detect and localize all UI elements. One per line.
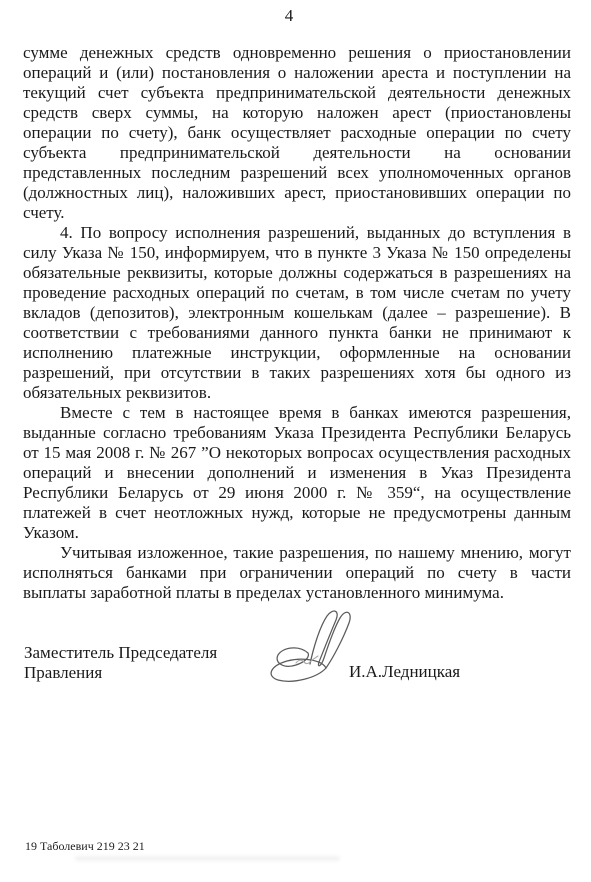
text-line: силу Указа № 150, информируем, что в пун…: [23, 243, 571, 263]
text-line: сумме денежных средств одновременно реше…: [23, 43, 571, 63]
text-line: платежей в счет неотложных нужд, которые…: [23, 503, 571, 523]
signer-position-line2: Правления: [24, 663, 217, 683]
document-page: 4 сумме денежных средств одновременно ре…: [0, 0, 591, 882]
text-line: исполняться банками при ограничении опер…: [23, 563, 571, 583]
text-line: представленных последним разрешений всех…: [23, 163, 571, 183]
signer-name: И.А.Ледницкая: [349, 662, 460, 682]
paragraph: сумме денежных средств одновременно реше…: [23, 43, 571, 223]
text-line: разрешений, при отсутствии в таких разре…: [23, 363, 571, 383]
text-line: средств сверх суммы, на которую наложен …: [23, 103, 571, 123]
handwritten-signature-icon: [263, 606, 363, 682]
paragraph: 4. По вопросу исполнения разрешений, выд…: [23, 223, 571, 403]
paragraph: Учитывая изложенное, такие разрешения, п…: [23, 543, 571, 603]
text-line: Учитывая изложенное, такие разрешения, п…: [23, 543, 571, 563]
text-line: операций и (или) постановления о наложен…: [23, 63, 571, 83]
text-line: выплаты заработной платы в пределах уста…: [23, 583, 571, 603]
page-number: 4: [0, 6, 578, 26]
scan-artifact: [75, 856, 340, 861]
signer-position-line1: Заместитель Председателя: [24, 643, 217, 663]
text-line: счету.: [23, 203, 571, 223]
text-line: обязательные реквизиты, которые должны с…: [23, 263, 571, 283]
text-line: Республики Беларусь от 29 июня 2000 г. №…: [23, 483, 571, 503]
footer-reference: 19 Таболевич 219 23 21: [25, 839, 145, 854]
document-body: сумме денежных средств одновременно реше…: [23, 43, 571, 603]
text-line: (должностных лиц), наложивших арест, при…: [23, 183, 571, 203]
text-line: исполнению платежные инструкции, оформле…: [23, 343, 571, 363]
text-line: текущий счет субъекта предпринимательско…: [23, 83, 571, 103]
text-line: операции по счету), банк осуществляет ра…: [23, 123, 571, 143]
text-line: от 15 мая 2008 г. № 267 ”О некоторых воп…: [23, 443, 571, 463]
text-line: соответствии с требованиями данного пунк…: [23, 323, 571, 343]
text-line: 4. По вопросу исполнения разрешений, выд…: [23, 223, 571, 243]
signer-position: Заместитель Председателя Правления: [24, 643, 217, 683]
text-line: вкладов (депозитов), электронным кошельк…: [23, 303, 571, 323]
text-line: выданные согласно требованиям Указа През…: [23, 423, 571, 443]
text-line: обязательных реквизитов.: [23, 383, 571, 403]
text-line: Указом.: [23, 523, 571, 543]
paragraph: Вместе с тем в настоящее время в банках …: [23, 403, 571, 543]
text-line: субъекта предпринимательской деятельност…: [23, 143, 571, 163]
text-line: Вместе с тем в настоящее время в банках …: [23, 403, 571, 423]
text-line: операций и внесении дополнений и изменен…: [23, 463, 571, 483]
text-line: проведение расходных операций по счетам,…: [23, 283, 571, 303]
